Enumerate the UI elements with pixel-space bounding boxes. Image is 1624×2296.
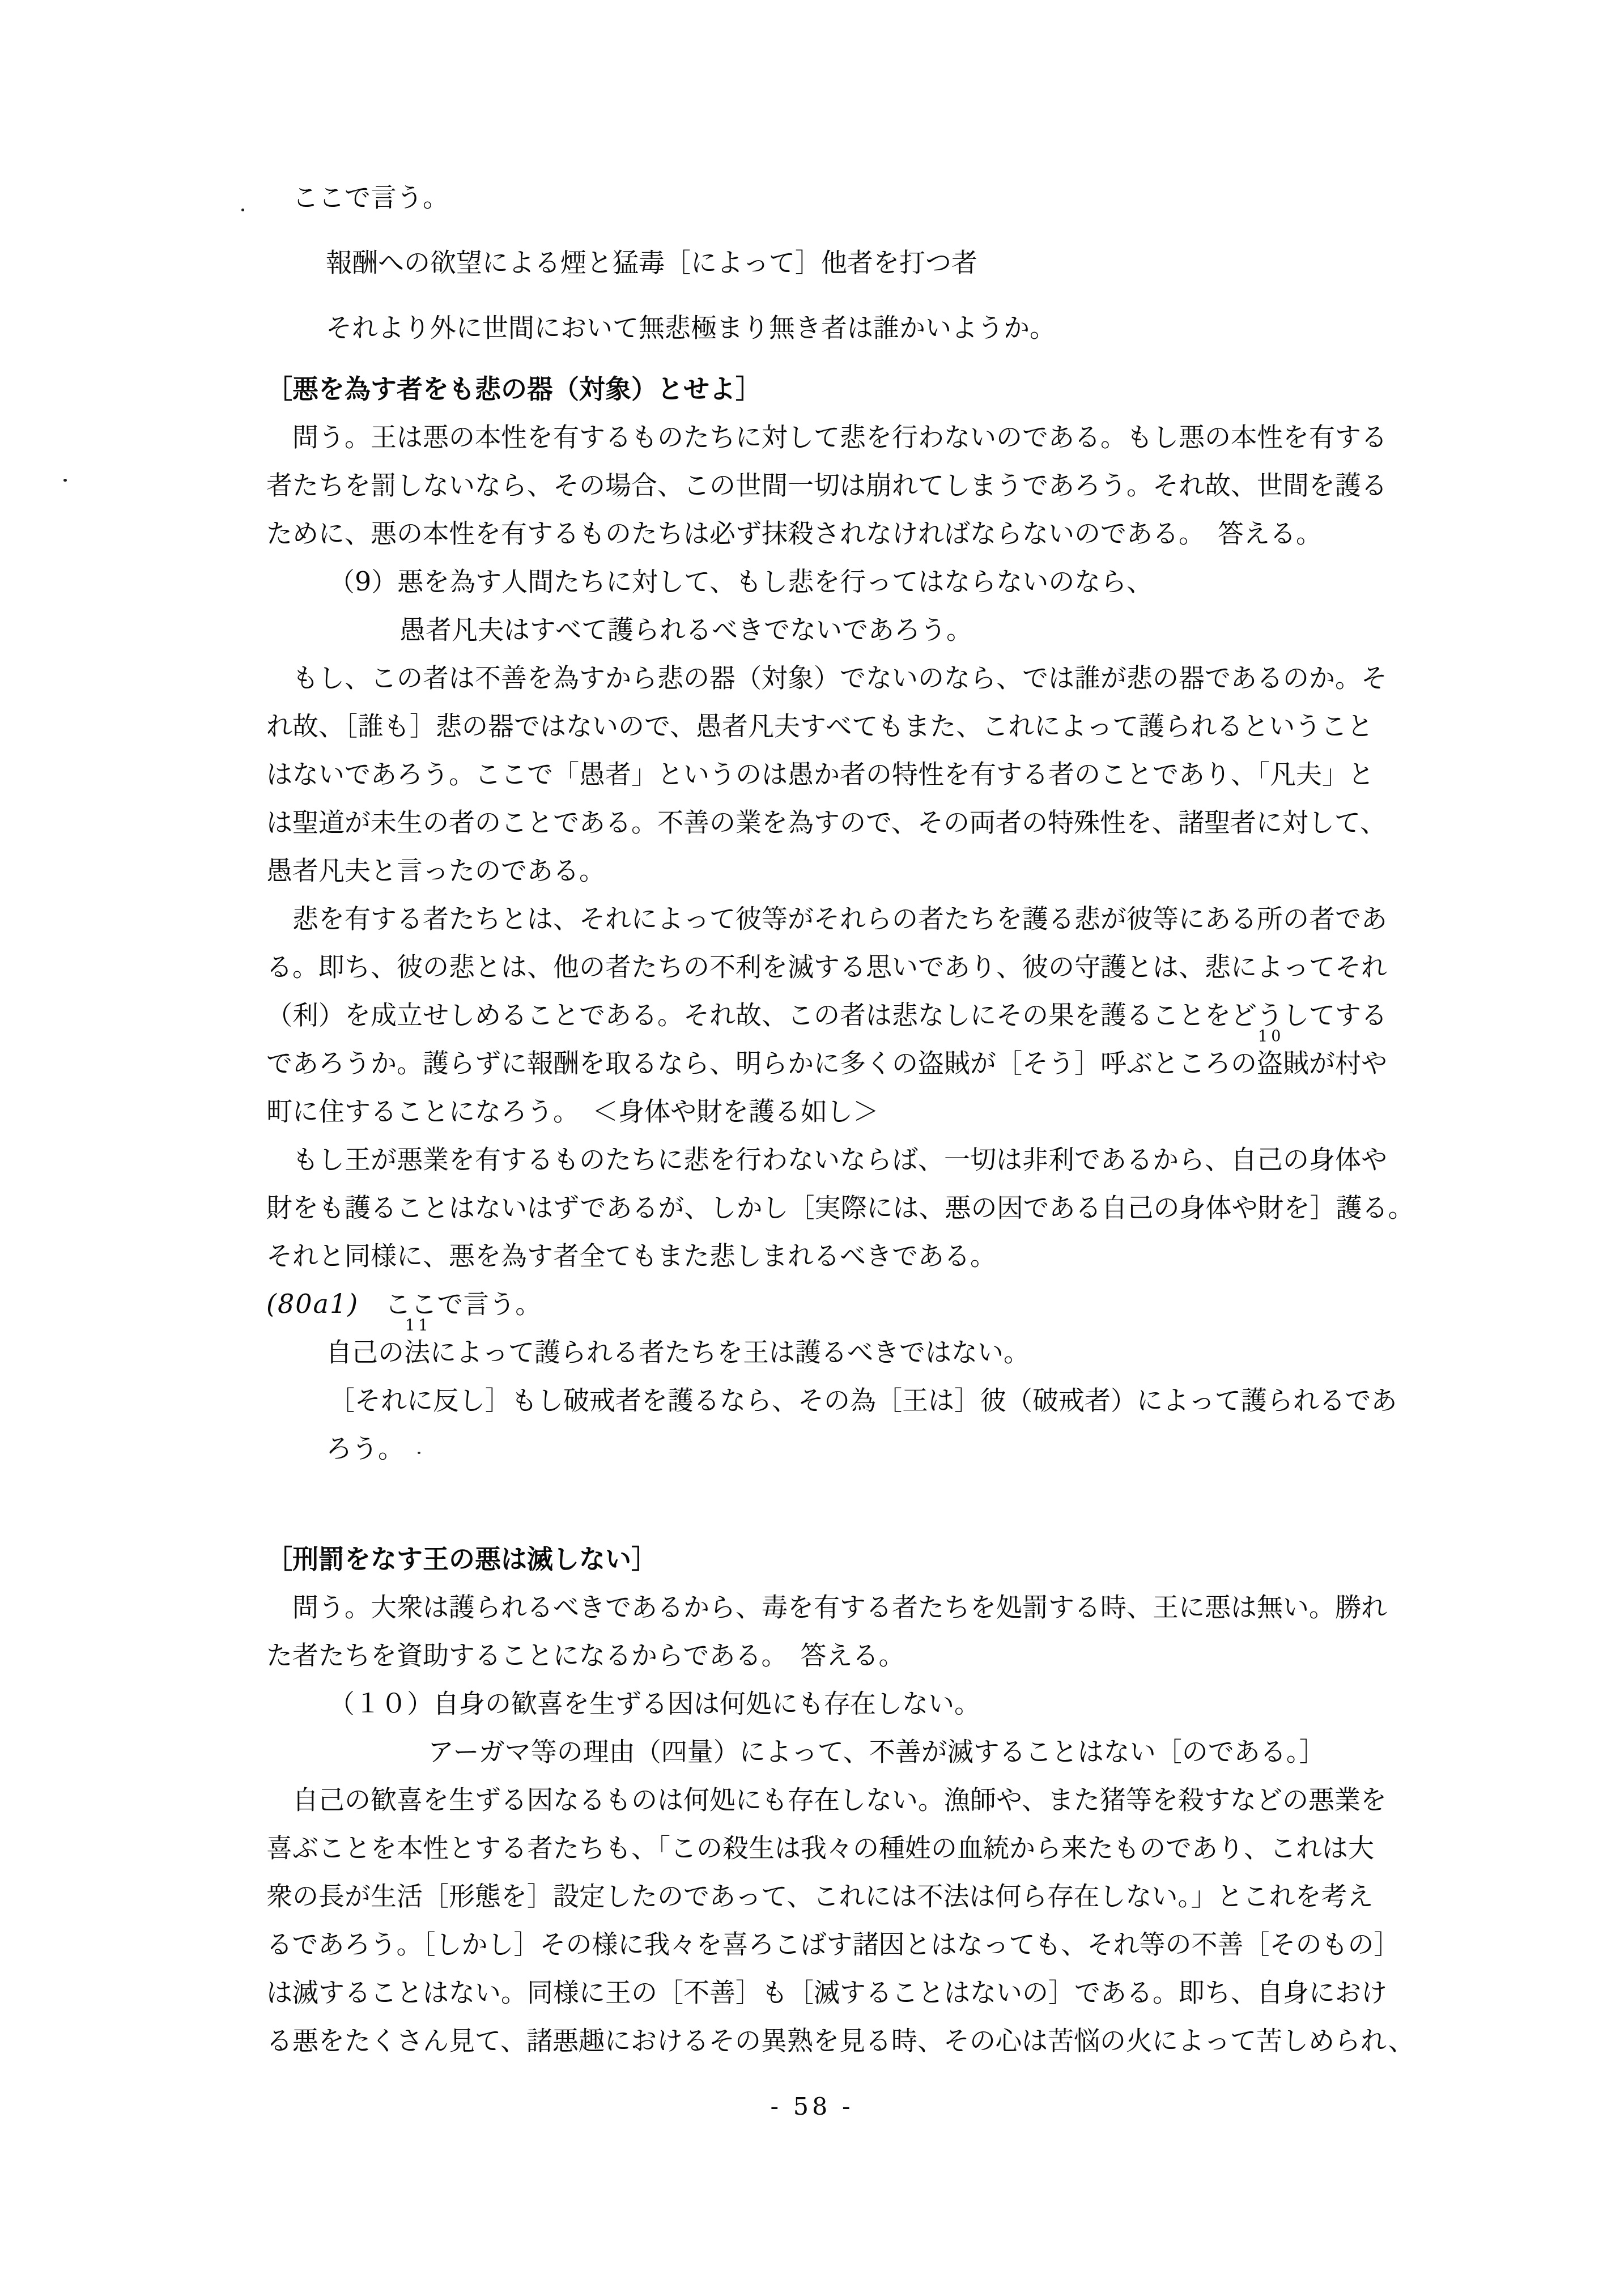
text-line: る悪をたくさん見て、諸悪趣におけるその異熟を見る時、その心は苦悩の火によって苦し…: [266, 2017, 1570, 2065]
text-run: もし王が悪業を有するものたちに悲を行わないならば、一切は非利であるから、自己の身…: [292, 1144, 1387, 1175]
text-line: るであろう。［しかし］その様に我々を喜ろこばす諸因とはなっても、それ等の不善［そ…: [266, 1920, 1570, 1968]
text-run: それと同様に、悪を為す者全てもまた悲しまれるべきである。: [266, 1240, 996, 1271]
text-run: 町に住することになろう。 ＜身体や財を護る如し＞: [266, 1096, 879, 1126]
text-run: （利）を成立せしめることである。それ故、この者は悲なしにその果を護ることをどうし…: [266, 1000, 1387, 1030]
scan-speck: [418, 1452, 420, 1454]
text-run: 問う。大衆は護られるべきであるから、毒を有する者たちを処罰する時、王に悪は無い。…: [292, 1592, 1387, 1622]
text-block: ここで言う。報酬への欲望による煙と猛毒［によって］他者を打つ者それより外に世間に…: [266, 173, 1570, 2065]
text-run: るであろう。［しかし］その様に我々を喜ろこばす諸因とはなっても、それ等の不善［そ…: [266, 1929, 1400, 1959]
verse-line: （１０）自身の歓喜を生ずる因は何処にも存在しない。: [266, 1680, 1570, 1728]
text-line: ここで言う。: [266, 173, 1570, 222]
text-run: ［悪を為す者をも悲の器（対象）とせよ］: [266, 373, 762, 404]
text-run: 衆の長が生活［形態を］設定したのであって、これには不法は何ら存在しない。」とこれ…: [266, 1881, 1374, 1911]
text-run: ［刑罰をなす王の悪は滅しない］: [266, 1544, 657, 1574]
document-page: ここで言う。報酬への欲望による煙と猛毒［によって］他者を打つ者それより外に世間に…: [0, 0, 1624, 2296]
text-run: 者たちを罰しないなら、その場合、この世間一切は崩れてしまうであろう。それ故、世間…: [266, 470, 1387, 500]
text-run: 法によって護られる者たちを王は護るべきではない。: [404, 1337, 1030, 1367]
text-line: 問う。大衆は護られるべきであるから、毒を有する者たちを処罰する時、王に悪は無い。…: [266, 1583, 1570, 1631]
text-line: 悲を有する者たちとは、それによって彼等がそれらの者たちを護る悲が彼等にある所の者…: [266, 895, 1570, 943]
text-line: それと同様に、悪を為す者全てもまた悲しまれるべきである。: [266, 1232, 1570, 1280]
text-run: た者たちを資助することになるからである。 答える。: [266, 1640, 905, 1670]
verse-line: アーガマ等の理由（四量）によって、不善が滅することはない［のである。］: [266, 1728, 1570, 1776]
text-run: それより外に世間において無悲極まり無き者は誰かいようか。: [326, 312, 1056, 343]
text-line: 喜ぶことを本性とする者たちも、「この殺生は我々の種姓の血統から来たものであり、こ…: [266, 1824, 1570, 1872]
text-run: 自己の: [326, 1337, 404, 1367]
text-line: 者たちを罰しないなら、その場合、この世間一切は崩れてしまうであろう。それ故、世間…: [266, 461, 1570, 509]
text-run: る悪をたくさん見て、諸悪趣におけるその異熟を見る時、その心は苦悩の火によって苦し…: [266, 2025, 1414, 2056]
text-line: (80a1) ここで言う。: [266, 1280, 1570, 1328]
text-line: 愚者凡夫と言ったのである。: [266, 847, 1570, 895]
verse-line: それより外に世間において無悲極まり無き者は誰かいようか。: [266, 304, 1570, 352]
scan-speck: [241, 209, 244, 211]
text-line: ために、悪の本性を有するものたちは必ず抹殺されなければならないのである。 答える…: [266, 509, 1570, 558]
text-line: 衆の長が生活［形態を］設定したのであって、これには不法は何ら存在しない。」とこれ…: [266, 1872, 1570, 1920]
verse-line: 報酬への欲望による煙と猛毒［によって］他者を打つ者: [266, 239, 1570, 287]
text-run: ［それに反し］もし破戒者を護るなら、その為［王は］彼（破戒者）によって護られるで…: [329, 1385, 1397, 1415]
verse-line: （9）悪を為す人間たちに対して、もし悲を行ってはならないのなら、: [266, 558, 1570, 606]
text-run: は聖道が未生の者のことである。不善の業を為すので、その両者の特殊性を、諸聖者に対…: [266, 807, 1386, 837]
text-run: 悲を有する者たちとは、それによって彼等がそれらの者たちを護る悲が彼等にある所の者…: [292, 903, 1387, 934]
verse-line: ［それに反し］もし破戒者を護るなら、その為［王は］彼（破戒者）によって護られるで…: [266, 1376, 1570, 1425]
text-line: れ故、［誰も］悲の器ではないので、愚者凡夫すべてもまた、これによって護られるとい…: [266, 702, 1570, 750]
text-line: る。即ち、彼の悲とは、他の者たちの不利を滅する思いであり、彼の守護とは、悲によっ…: [266, 943, 1570, 991]
text-line: もし、この者は不善を為すから悲の器（対象）でないのなら、では誰が悲の器であるのか…: [266, 654, 1570, 702]
text-run: 財をも護ることはないはずであるが、しかし［実際には、悪の因である自己の身体や財を…: [266, 1192, 1414, 1223]
section-heading: ［悪を為す者をも悲の器（対象）とせよ］: [266, 365, 1570, 413]
text-run: ろう。: [326, 1433, 404, 1464]
text-run: であろうか。護らずに報酬を取るなら、明らかに多くの盗賊が［そう］呼ぶところの: [266, 1048, 1257, 1078]
folio-reference: (80a1): [266, 1289, 359, 1319]
text-run: 自己の歓喜を生ずる因なるものは何処にも存在しない。漁師や、また猪等を殺すなどの悪…: [292, 1784, 1387, 1815]
text-run: ここで言う。: [359, 1289, 541, 1319]
text-run: もし、この者は不善を為すから悲の器（対象）でないのなら、では誰が悲の器であるのか…: [292, 662, 1387, 693]
text-run: （１０）自身の歓喜を生ずる因は何処にも存在しない。: [329, 1688, 980, 1719]
verse-line: 愚者凡夫はすべて護られるべきでないであろう。: [266, 606, 1570, 654]
text-run: ために、悪の本性を有するものたちは必ず抹殺されなければならないのである。 答える…: [266, 518, 1322, 549]
text-run: 報酬への欲望による煙と猛毒［によって］他者を打つ者: [326, 247, 977, 278]
text-run: 愚者凡夫はすべて護られるべきでないであろう。: [399, 614, 972, 645]
text-run: 愚者凡夫と言ったのである。: [266, 855, 605, 886]
footnote-number: 10: [1258, 1029, 1284, 1044]
scan-speck: [63, 479, 67, 482]
text-run: （9）悪を為す人間たちに対して、もし悲を行ってはならないのなら、: [329, 566, 1153, 597]
page-number: - 58 -: [0, 2093, 1624, 2121]
verse-line: ろう。: [266, 1425, 1570, 1473]
text-line: もし王が悪業を有するものたちに悲を行わないならば、一切は非利であるから、自己の身…: [266, 1136, 1570, 1184]
text-line: （利）を成立せしめることである。それ故、この者は悲なしにその果を護ることをどうし…: [266, 991, 1570, 1039]
text-line: は滅することはない。同様に王の［不善］も［滅することはないの］である。即ち、自身…: [266, 1968, 1570, 2017]
footnote-number: 11: [405, 1318, 431, 1333]
text-run: 盗賊が村や: [1257, 1048, 1387, 1078]
text-run: 問う。王は悪の本性を有するものたちに対して悲を行わないのである。もし悪の本性を有…: [292, 422, 1387, 452]
text-run: は滅することはない。同様に王の［不善］も［滅することはないの］である。即ち、自身…: [266, 1977, 1387, 2008]
text-line: 財をも護ることはないはずであるが、しかし［実際には、悪の因である自己の身体や財を…: [266, 1184, 1570, 1232]
text-line: は聖道が未生の者のことである。不善の業を為すので、その両者の特殊性を、諸聖者に対…: [266, 798, 1570, 847]
text-run: 喜ぶことを本性とする者たちも、「この殺生は我々の種姓の血統から来たものであり、こ…: [266, 1832, 1374, 1863]
text-line: た者たちを資助することになるからである。 答える。: [266, 1631, 1570, 1680]
text-run: れ故、［誰も］悲の器ではないので、愚者凡夫すべてもまた、これによって護られるとい…: [266, 711, 1373, 741]
text-run: ここで言う。: [292, 182, 449, 212]
text-run: はないであろう。ここで「愚者」というのは愚か者の特性を有する者のことであり、「凡…: [266, 759, 1374, 789]
text-line: はないであろう。ここで「愚者」というのは愚か者の特性を有する者のことであり、「凡…: [266, 750, 1570, 798]
text-run: アーガマ等の理由（四量）によって、不善が滅することはない［のである。］: [428, 1736, 1325, 1767]
text-line: 町に住することになろう。 ＜身体や財を護る如し＞: [266, 1087, 1570, 1136]
text-line: であろうか。護らずに報酬を取るなら、明らかに多くの盗賊が［そう］呼ぶところの10…: [266, 1039, 1570, 1087]
text-line: 自己の歓喜を生ずる因なるものは何処にも存在しない。漁師や、また猪等を殺すなどの悪…: [266, 1776, 1570, 1824]
verse-line: 自己の11法によって護られる者たちを王は護るべきではない。: [266, 1328, 1570, 1376]
text-line: 問う。王は悪の本性を有するものたちに対して悲を行わないのである。もし悪の本性を有…: [266, 413, 1570, 461]
text-run: る。即ち、彼の悲とは、他の者たちの不利を滅する思いであり、彼の守護とは、悲によっ…: [266, 951, 1387, 982]
section-heading: ［刑罰をなす王の悪は滅しない］: [266, 1535, 1570, 1583]
